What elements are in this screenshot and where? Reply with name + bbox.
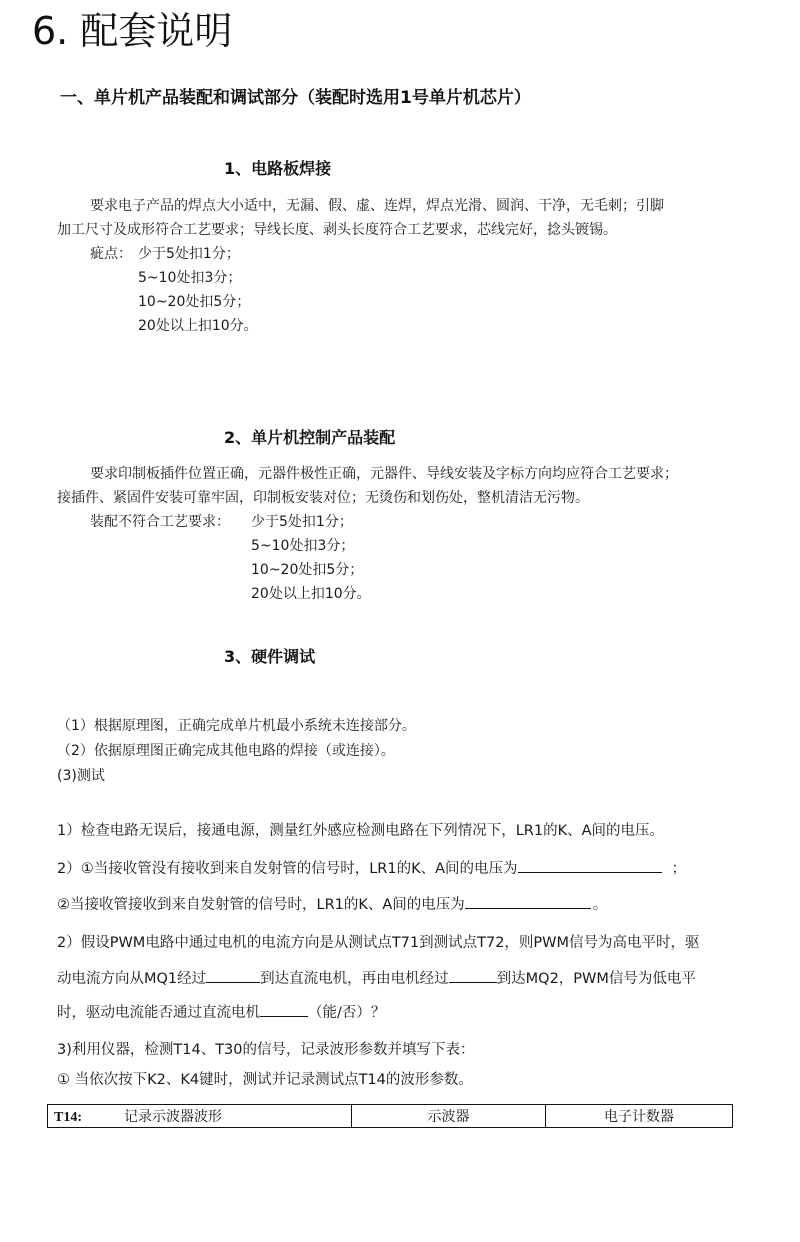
part-heading: 一、单片机产品装配和调试部分（装配时选用1号单片机芯片） bbox=[60, 86, 531, 110]
answer-blank-voltage-no-signal[interactable] bbox=[518, 856, 662, 873]
answer-blank-mq1-path[interactable] bbox=[206, 966, 260, 983]
t14-label: T14: bbox=[54, 1110, 124, 1126]
question-2a-end: ； bbox=[672, 861, 687, 877]
t14-waveform-table: T14:记录示波器波形 示波器 电子计数器 bbox=[47, 1104, 733, 1128]
question-2b-end: 。 bbox=[593, 897, 608, 913]
section2-paragraph-line1: 要求印制板插件位置正确，元器件极性正确，元器件、导线安装及字标方向均应符合工艺要… bbox=[90, 462, 678, 486]
section2-deduction-item: 少于5处扣1分； bbox=[251, 510, 353, 534]
question-2b-text: ②当接收管接收到来自发射管的信号时，LR1的K、A间的电压为 bbox=[57, 897, 465, 913]
section1-deduction-item: 5~10处扣3分； bbox=[138, 266, 241, 290]
question-3-line2-part-c: 到达MQ2，PWM信号为低电平 bbox=[497, 971, 696, 987]
column-header-waveform: 记录示波器波形 bbox=[124, 1109, 222, 1125]
question-1: 1）检查电路无误后，接通电源，测量红外感应检测电路在下列情况下，LR1的K、A间… bbox=[57, 820, 664, 842]
section2-deduction-item: 10~20处扣5分； bbox=[251, 558, 363, 582]
table-row: T14:记录示波器波形 示波器 电子计数器 bbox=[48, 1105, 733, 1128]
answer-blank-mq2-path[interactable] bbox=[449, 966, 497, 983]
question-3-line2-part-b: 到达直流电机，再由电机经过 bbox=[260, 971, 449, 987]
question-2b: ②当接收管接收到来自发射管的信号时，LR1的K、A间的电压为。 bbox=[57, 892, 607, 916]
answer-blank-can-pass[interactable] bbox=[260, 1000, 308, 1017]
answer-blank-voltage-with-signal[interactable] bbox=[465, 892, 591, 909]
section2-deduction-item: 5~10处扣3分； bbox=[251, 534, 354, 558]
question-3-line2: 动电流方向从MQ1经过到达直流电机，再由电机经过到达MQ2，PWM信号为低电平 bbox=[57, 966, 696, 990]
section1-paragraph-line1: 要求电子产品的焊点大小适中，无漏、假、虚、连焊，焊点光滑、圆润、干净，无毛刺；引… bbox=[90, 194, 664, 218]
question-4: 3)利用仪器，检测T14、T30的信号，记录波形参数并填写下表： bbox=[57, 1039, 475, 1061]
section-heading-assembly: 2、单片机控制产品装配 bbox=[224, 427, 395, 449]
section3-item: （1）根据原理图，正确完成单片机最小系统未连接部分。 bbox=[57, 714, 416, 738]
question-3-line3-part-b: （能/否）？ bbox=[308, 1005, 385, 1021]
section3-item: （2）依据原理图正确完成其他电路的焊接（或连接）。 bbox=[57, 739, 395, 763]
section-heading-hardware-debug: 3、硬件调试 bbox=[224, 646, 315, 668]
section3-item: (3)测试 bbox=[57, 764, 105, 788]
question-3-line1: 2）假设PWM电路中通过电机的电流方向是从测试点T71到测试点T72，则PWM信… bbox=[57, 932, 700, 954]
table-cell-waveform: T14:记录示波器波形 bbox=[48, 1105, 352, 1128]
column-header-oscilloscope: 示波器 bbox=[352, 1105, 546, 1128]
section2-deduction-item: 20处以上扣10分。 bbox=[251, 582, 371, 606]
section1-deduction-item: 20处以上扣10分。 bbox=[138, 314, 258, 338]
question-3-line3: 时，驱动电流能否通过直流电机（能/否）？ bbox=[57, 1000, 385, 1024]
page-title: 6. 配套说明 bbox=[32, 8, 232, 54]
question-3-line3-part-a: 时，驱动电流能否通过直流电机 bbox=[57, 1005, 260, 1021]
section2-paragraph-line2: 接插件、紧固件安装可靠牢固，印制板安装对位；无烫伤和划伤处，整机清洁无污物。 bbox=[57, 486, 589, 510]
question-3-line2-part-a: 动电流方向从MQ1经过 bbox=[57, 971, 206, 987]
column-header-counter: 电子计数器 bbox=[546, 1105, 733, 1128]
section1-deduction-item: 10~20处扣5分； bbox=[138, 290, 250, 314]
section1-deduction-item: 少于5处扣1分； bbox=[138, 242, 240, 266]
question-2a-text: 2）①当接收管没有接收到来自发射管的信号时，LR1的K、A间的电压为 bbox=[57, 861, 518, 877]
section1-paragraph-line2: 加工尺寸及成形符合工艺要求；导线长度、剥头长度符合工艺要求，芯线完好，捻头镀锡。 bbox=[57, 218, 617, 242]
section1-deduction-label: 疵点： bbox=[90, 242, 132, 266]
question-2a: 2）①当接收管没有接收到来自发射管的信号时，LR1的K、A间的电压为； bbox=[57, 856, 686, 880]
section2-deduction-label: 装配不符合工艺要求： bbox=[90, 510, 230, 534]
question-4-sub: ① 当依次按下K2、K4键时，测试并记录测试点T14的波形参数。 bbox=[57, 1069, 473, 1091]
section-heading-soldering: 1、电路板焊接 bbox=[224, 158, 331, 180]
